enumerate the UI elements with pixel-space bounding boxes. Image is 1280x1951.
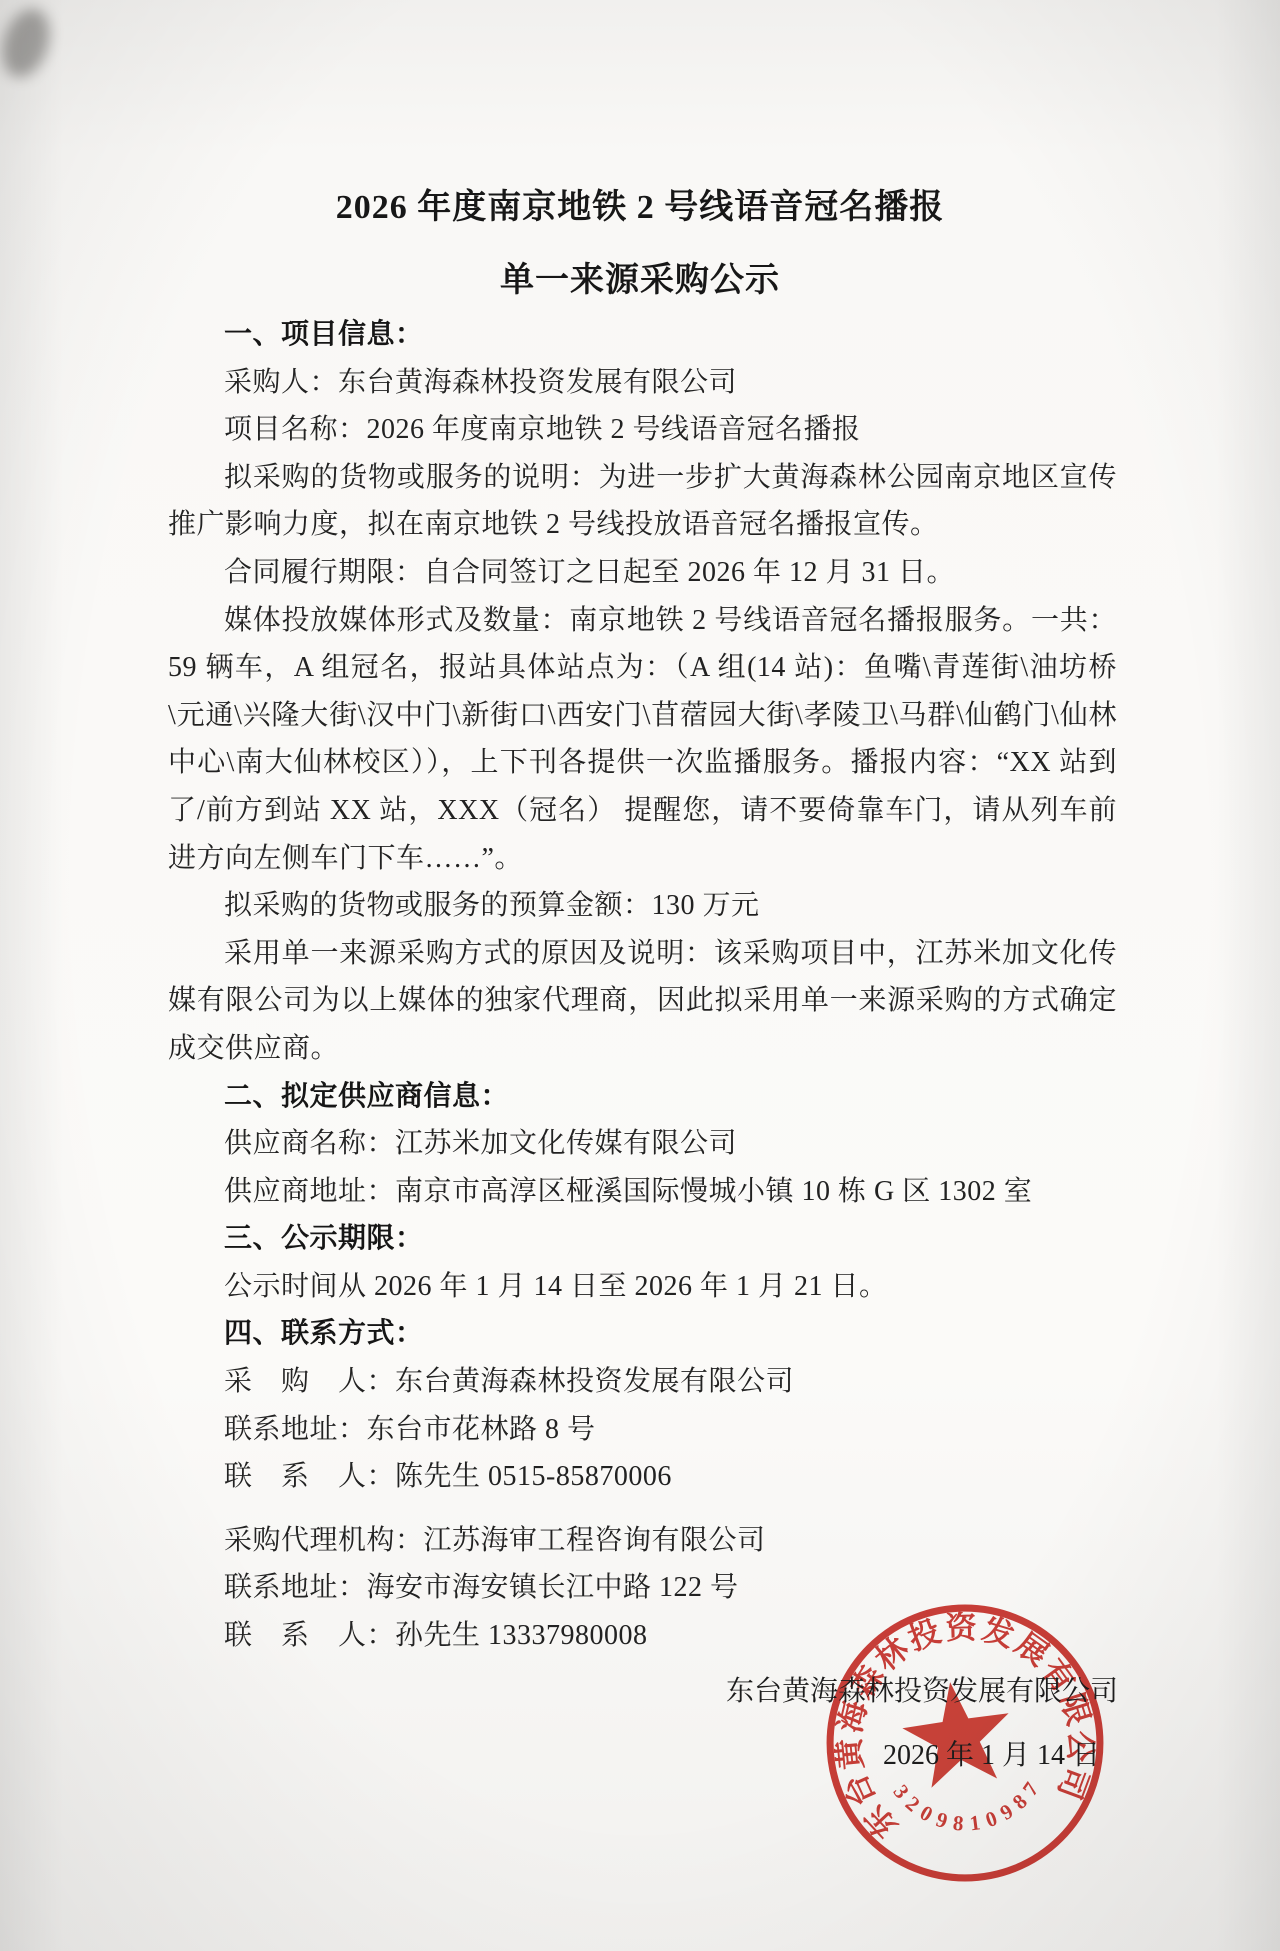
paragraph: 拟采购的货物或服务的预算金额：130 万元 [168, 882, 1117, 930]
paragraph: 项目名称：2026 年度南京地铁 2 号线语音冠名播报 [168, 406, 1117, 454]
paragraph: 一、项目信息： [168, 311, 1117, 359]
signature-date: 2026 年 1 月 14 日 [726, 1724, 1118, 1788]
paragraph: 采用单一来源采购方式的原因及说明：该采购项目中，江苏米加文化传媒有限公司为以上媒… [168, 930, 1117, 1073]
paragraph: 媒体投放媒体形式及数量：南京地铁 2 号线语音冠名播报服务。一共：59 辆车，A… [168, 597, 1117, 883]
paragraph: 合同履行期限：自合同签订之日起至 2026 年 12 月 31 日。 [168, 549, 1117, 597]
signature-block: 东台黄海森林投资发展有限公司 2026 年 1 月 14 日 [726, 1660, 1118, 1788]
paragraph: 供应商名称：江苏米加文化传媒有限公司 [168, 1120, 1117, 1168]
paragraph: 公示时间从 2026 年 1 月 14 日至 2026 年 1 月 21 日。 [168, 1263, 1117, 1311]
signature-company: 东台黄海森林投资发展有限公司 [726, 1660, 1118, 1724]
title-block: 2026 年度南京地铁 2 号线语音冠名播报 单一来源采购公示 [0, 0, 1280, 303]
document-title-line1: 2026 年度南京地铁 2 号线语音冠名播报 [0, 186, 1280, 230]
document-page: 2026 年度南京地铁 2 号线语音冠名播报 单一来源采购公示 一、项目信息：采… [0, 0, 1280, 1951]
paragraph: 联 系 人：陈先生 0515-85870006 [168, 1453, 1117, 1501]
document-title-line2: 单一来源采购公示 [0, 259, 1280, 303]
paragraph: 三、公示期限： [168, 1215, 1117, 1263]
paragraph: 采购代理机构：江苏海审工程咨询有限公司 [168, 1517, 1117, 1565]
paragraph: 二、拟定供应商信息： [168, 1073, 1117, 1121]
paragraph: 供应商地址：南京市高淳区桠溪国际慢城小镇 10 栋 G 区 1302 室 [168, 1168, 1117, 1216]
paragraph: 采购人：东台黄海森林投资发展有限公司 [168, 359, 1117, 407]
paragraph: 采 购 人：东台黄海森林投资发展有限公司 [168, 1358, 1117, 1406]
document-body: 一、项目信息：采购人：东台黄海森林投资发展有限公司项目名称：2026 年度南京地… [168, 311, 1117, 1660]
paragraph: 拟采购的货物或服务的说明：为进一步扩大黄海森林公园南京地区宣传推广影响力度，拟在… [168, 454, 1117, 549]
paragraph: 四、联系方式： [168, 1310, 1117, 1358]
paragraph: 联系地址：东台市花林路 8 号 [168, 1406, 1117, 1454]
